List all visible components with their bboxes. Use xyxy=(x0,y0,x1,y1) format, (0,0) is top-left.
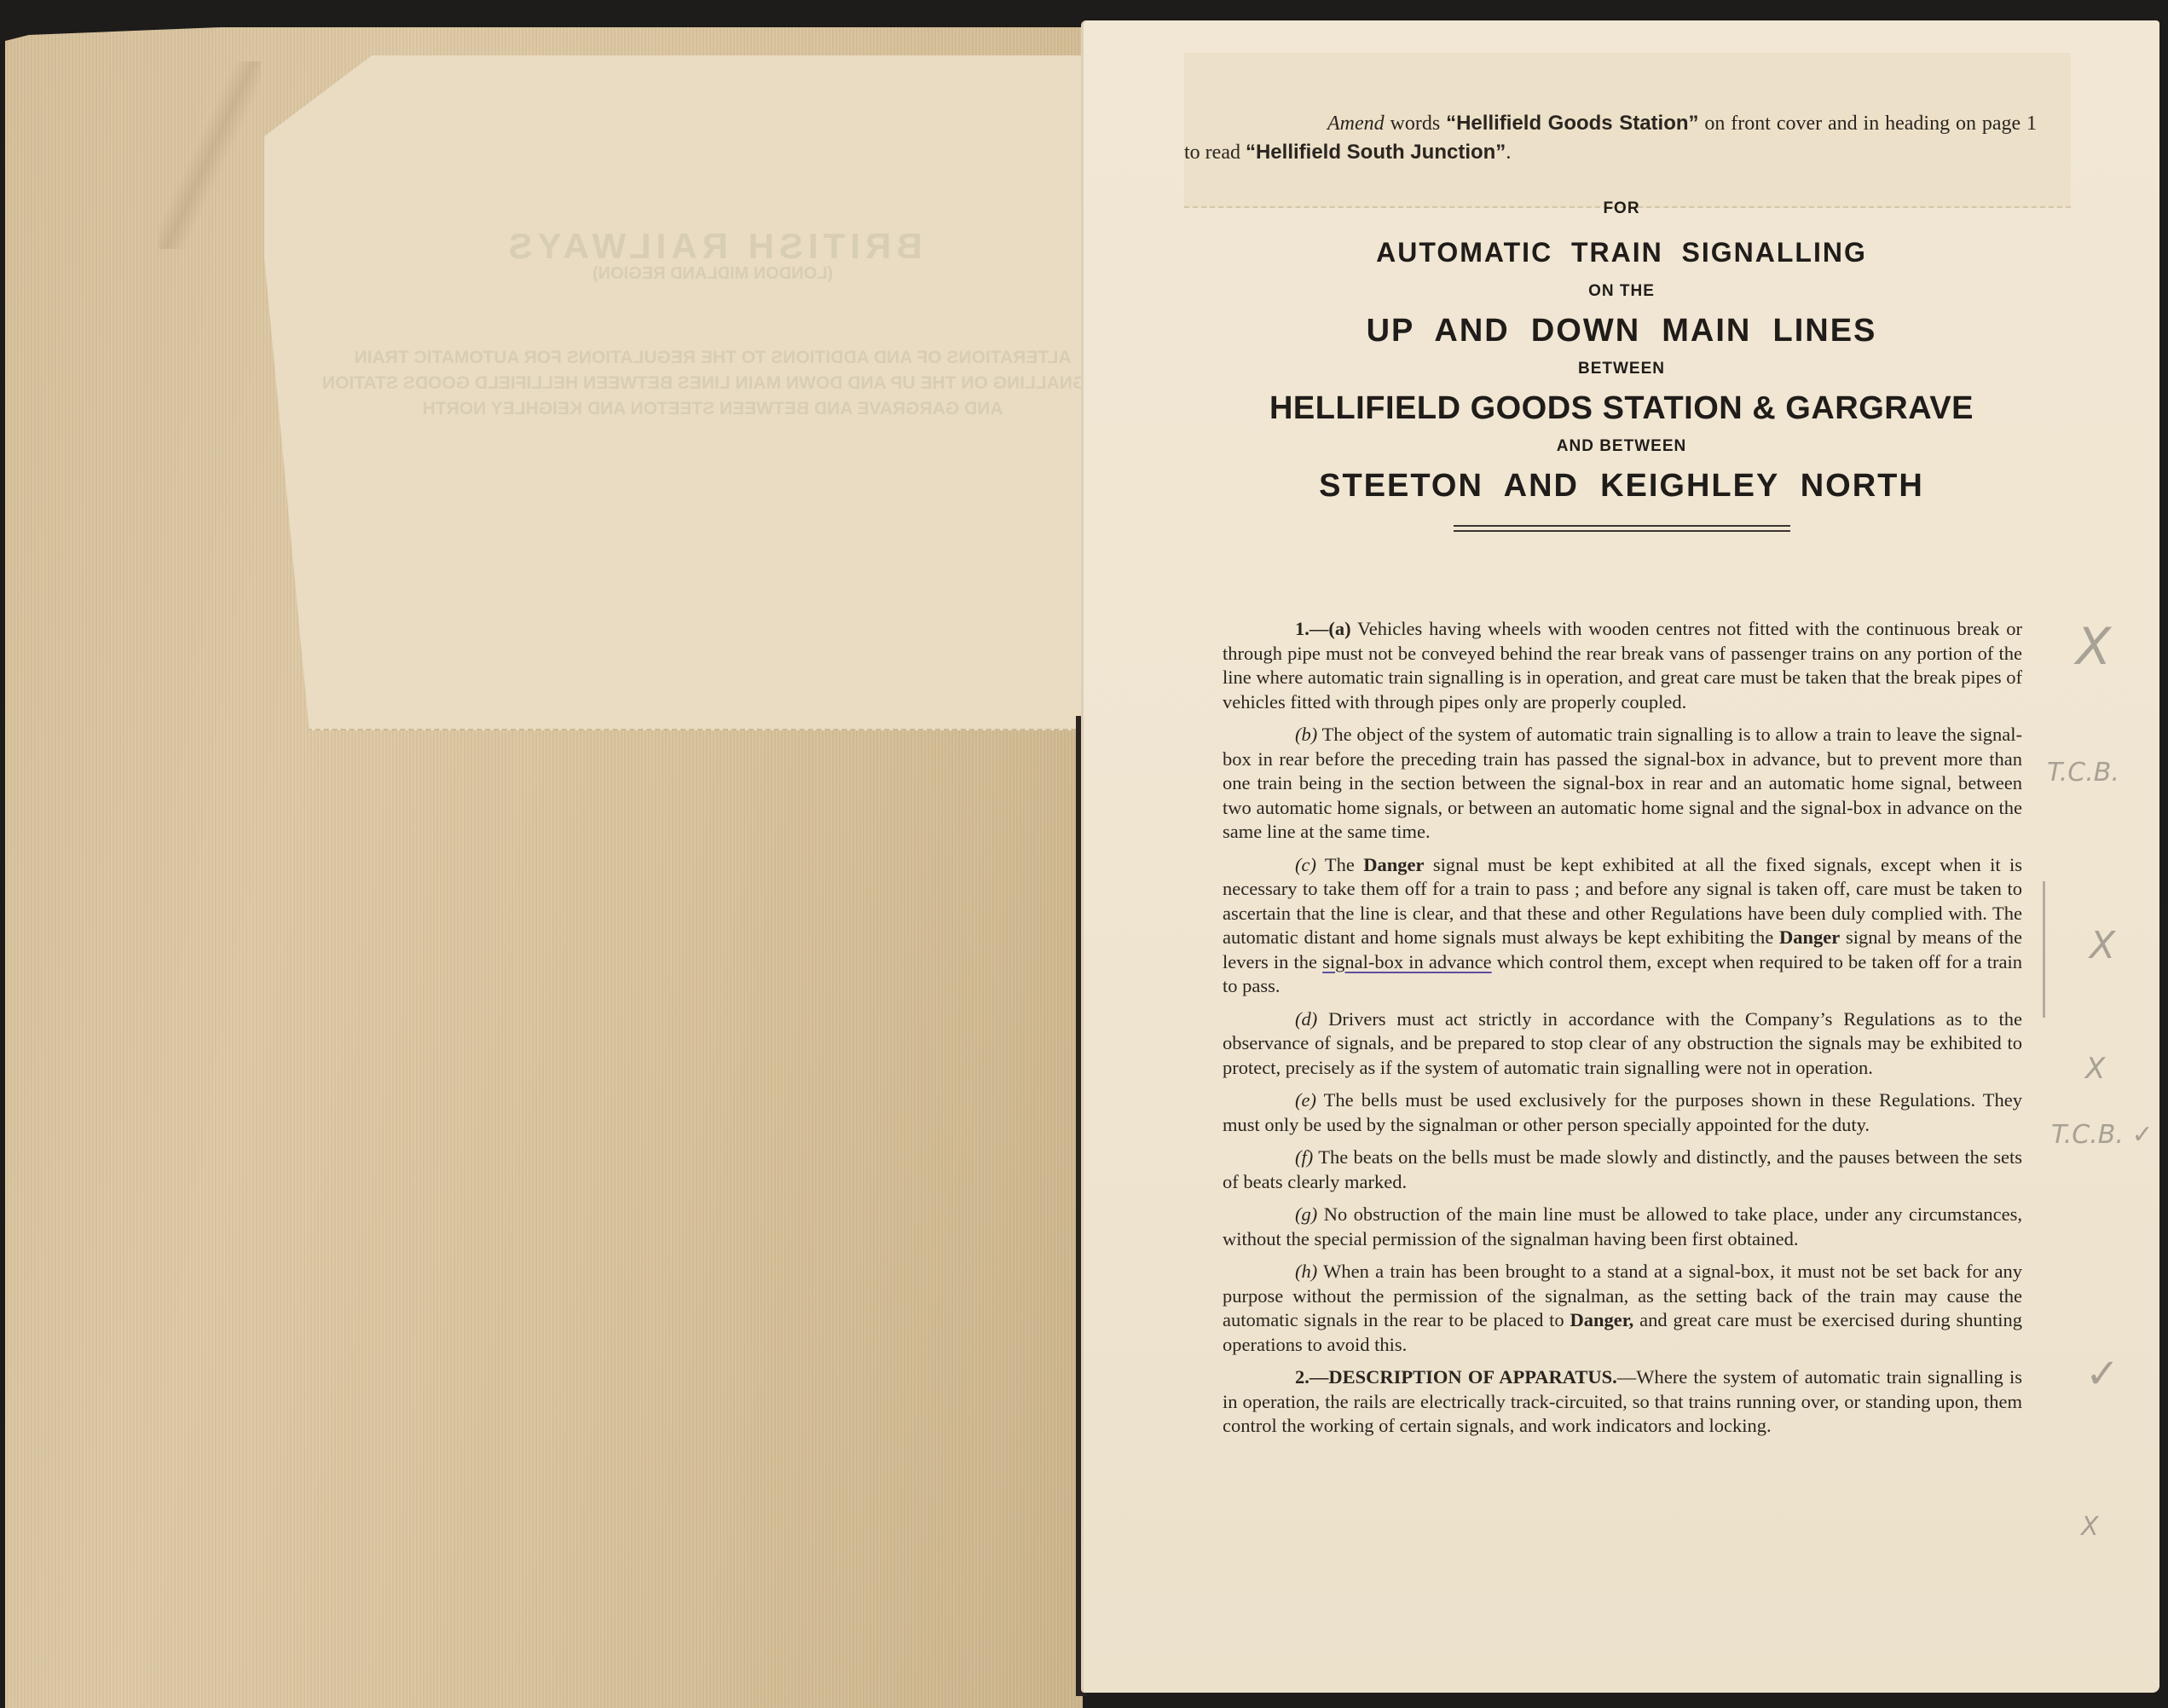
cover-fold-crease xyxy=(159,61,261,249)
bleed-through-heading: BRITISH RAILWAYS xyxy=(264,226,1161,267)
paragraph-1a: 1.—(a) Vehicles having wheels with woode… xyxy=(1223,617,2022,714)
title-on-the: ON THE xyxy=(1084,282,2159,301)
pencil-mark-x-icon: X xyxy=(2085,1052,2105,1086)
right-page: Amend words “Hellifield Goods Station” o… xyxy=(1081,20,2159,1693)
paragraph-1h: (h) When a train has been brought to a s… xyxy=(1223,1260,2022,1357)
pencil-mark-x-icon: X xyxy=(2090,924,2115,967)
paragraph-1f: (f) The beats on the bells must be made … xyxy=(1223,1145,2022,1194)
paragraph-1b: (b) The object of the system of automati… xyxy=(1223,723,2022,845)
title-for: FOR xyxy=(1084,199,2159,218)
paragraph-1d: (d) Drivers must act strictly in accorda… xyxy=(1223,1007,2022,1081)
pencil-mark-x-icon: X xyxy=(2076,617,2111,677)
title-steeton-keighley: STEETON AND KEIGHLEY NORTH xyxy=(1084,468,2159,505)
paragraph-1c: (c) The Danger signal must be kept exhib… xyxy=(1223,853,2022,999)
title-double-rule xyxy=(1454,525,1790,532)
title-and-between: AND BETWEEN xyxy=(1084,437,2159,456)
title-automatic-train-signalling: AUTOMATIC TRAIN SIGNALLING xyxy=(1084,237,2159,268)
amend-italic: Amend xyxy=(1327,113,1385,135)
amendment-slip-back: BRITISH RAILWAYS (LONDON MIDLAND REGION)… xyxy=(264,55,1161,730)
amend-new-name: “Hellifield South Junction” xyxy=(1246,141,1506,164)
title-block: FOR AUTOMATIC TRAIN SIGNALLING ON THE UP… xyxy=(1084,189,2159,532)
paragraph-1e: (e) The bells must be used exclusively f… xyxy=(1223,1088,2022,1137)
title-hellifield-gargrave: HELLIFIELD GOODS STATION & GARGRAVE xyxy=(1084,390,2159,427)
pen-underlined-phrase: signal-box in advance xyxy=(1322,951,1491,972)
title-between: BETWEEN xyxy=(1084,360,2159,378)
amend-old-name: “Hellifield Goods Station” xyxy=(1446,112,1698,135)
bleed-through-body: ALTERATIONS OF AND ADDITIONS TO THE REGU… xyxy=(264,345,1161,422)
amendment-text: Amend words “Hellifield Goods Station” o… xyxy=(1184,109,2037,167)
bleed-through-subheading: (LONDON MIDLAND REGION) xyxy=(264,264,1161,284)
title-up-and-down-main-lines: UP AND DOWN MAIN LINES xyxy=(1084,313,2159,349)
section-heading-apparatus: 2.—DESCRIPTION OF APPARATUS. xyxy=(1295,1366,1617,1388)
pencil-margin-bar xyxy=(2043,881,2045,1018)
amendment-slip: Amend words “Hellifield Goods Station” o… xyxy=(1184,53,2071,208)
pencil-check-icon: ✓ xyxy=(2085,1350,2119,1398)
paragraph-2: 2.—DESCRIPTION OF APPARATUS.—Where the s… xyxy=(1223,1365,2022,1439)
paragraph-1g: (g) No obstruction of the main line must… xyxy=(1223,1203,2022,1251)
regulations-body: 1.—(a) Vehicles having wheels with woode… xyxy=(1223,617,2022,1447)
pencil-mark-x-icon: X xyxy=(2081,1512,2099,1542)
pencil-note-tcb: T.C.B. ✓ xyxy=(2051,1120,2154,1150)
pencil-note-tcb: T.C.B. xyxy=(2047,758,2119,788)
